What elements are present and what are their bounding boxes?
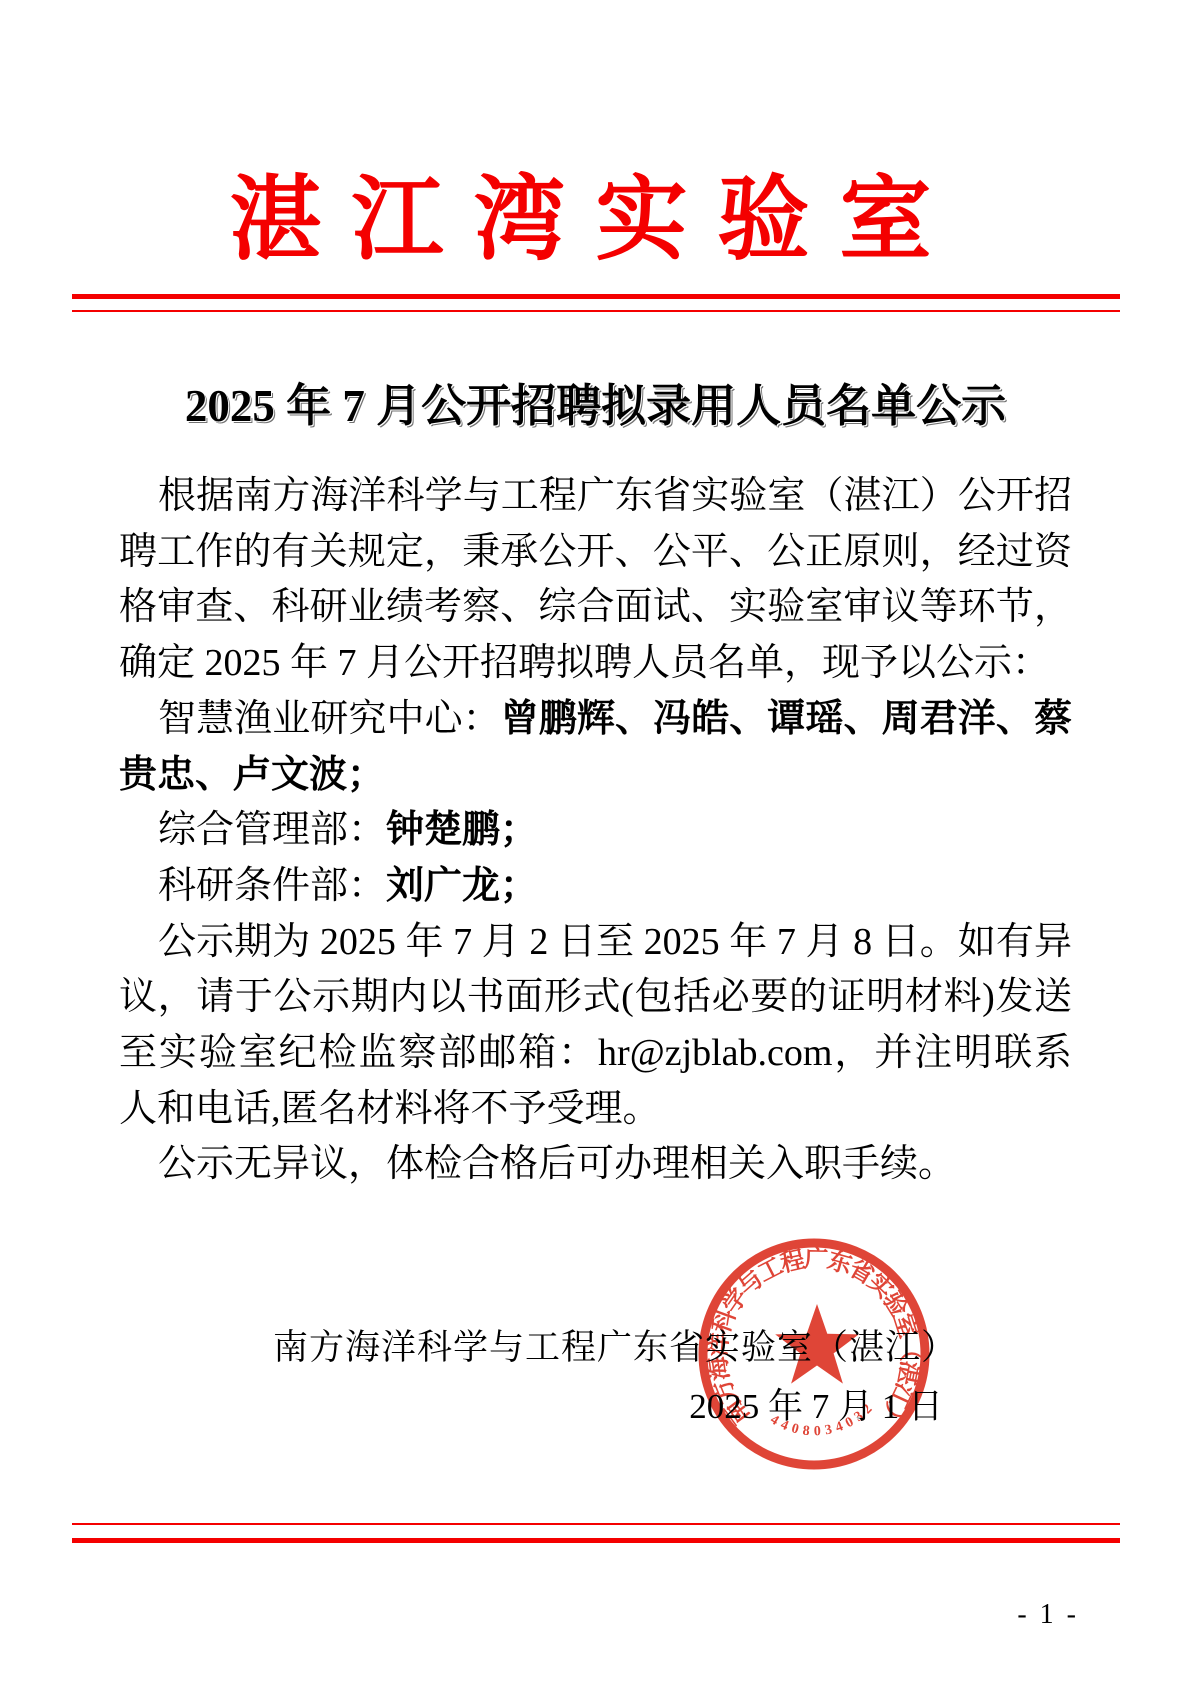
text-run: 科研条件部： [158, 865, 386, 907]
page-number: - 1 - [1017, 1599, 1079, 1631]
text-run: 公示期为 2025 年 7 月 2 日至 2025 年 7 月 8 日。如有异议… [119, 921, 1072, 1130]
star-icon [775, 1304, 859, 1384]
paragraph: 智慧渔业研究中心：曾鹏辉、冯皓、谭瑶、周君洋、蔡贵忠、卢文波； [119, 692, 1072, 803]
text-run: 公示无异议，体检合格后可办理相关入职手续。 [158, 1143, 956, 1185]
doc-title: 2025 年 7 月公开招聘拟录用人员名单公示 [0, 379, 1191, 433]
paragraph: 综合管理部：钟楚鹏； [119, 803, 1072, 859]
text-run: 智慧渔业研究中心： [158, 698, 501, 740]
footer-rule-thick [72, 1538, 1120, 1543]
header-rule-thin [72, 310, 1120, 312]
text-run: 综合管理部： [158, 809, 386, 851]
document-body: 根据南方海洋科学与工程广东省实验室（湛江）公开招聘工作的有关规定，秉承公开、公平… [119, 469, 1072, 1193]
footer-rule-thin [72, 1523, 1120, 1525]
paragraph: 科研条件部：刘广龙； [119, 859, 1072, 915]
header-rule-thick [72, 294, 1120, 299]
text-run: 根据南方海洋科学与工程广东省实验室（湛江）公开招聘工作的有关规定，秉承公开、公平… [119, 475, 1072, 684]
lab-masthead: 湛江湾实验室 [0, 174, 1191, 266]
document-page: 湛江湾实验室 2025 年 7 月公开招聘拟录用人员名单公示 根据南方海洋科学与… [0, 0, 1191, 1684]
bold-name-run: 刘广龙； [386, 865, 538, 907]
official-seal: 南方海洋科学与工程广东省实验室（湛江） 4408034032252 [694, 1234, 934, 1476]
bold-name-run: 钟楚鹏； [386, 809, 538, 851]
paragraph: 公示期为 2025 年 7 月 2 日至 2025 年 7 月 8 日。如有异议… [119, 915, 1072, 1138]
paragraph: 根据南方海洋科学与工程广东省实验室（湛江）公开招聘工作的有关规定，秉承公开、公平… [119, 469, 1072, 692]
paragraph: 公示无异议，体检合格后可办理相关入职手续。 [119, 1137, 1072, 1193]
